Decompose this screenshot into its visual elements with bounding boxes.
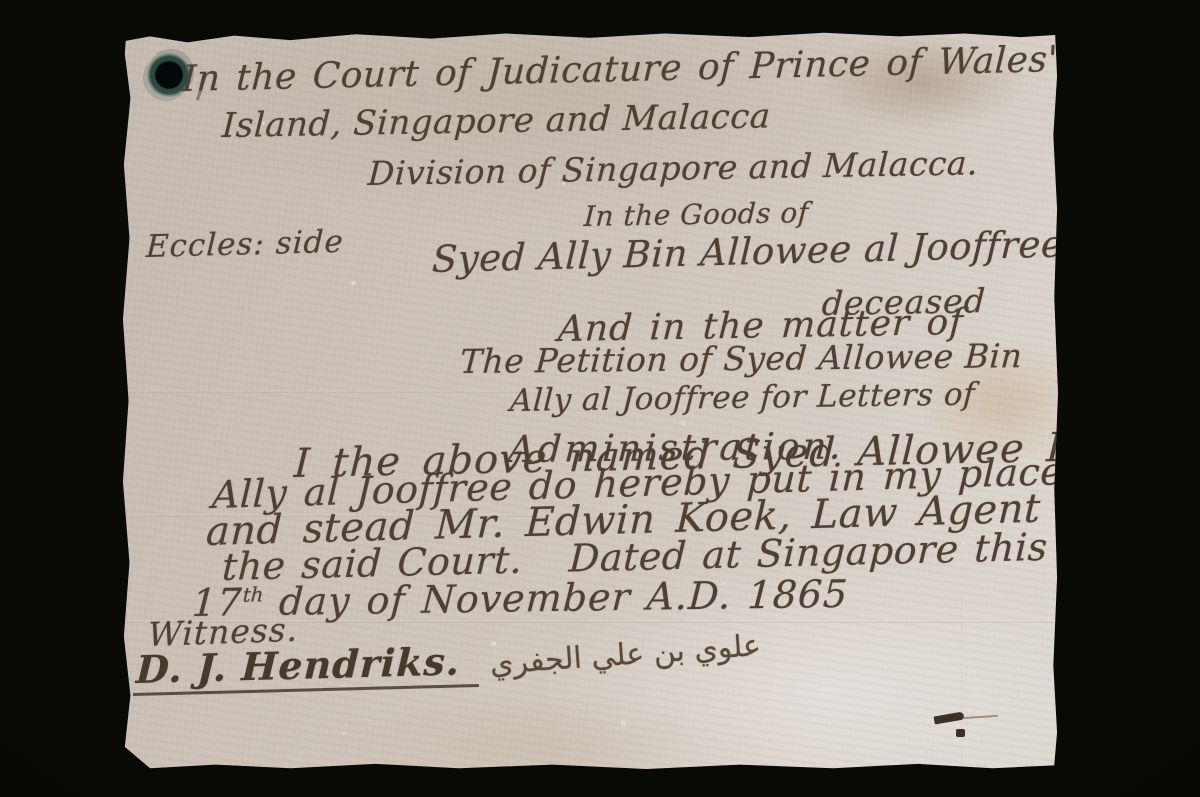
header-line-3: Division of Singapore and Malacca.: [367, 145, 979, 192]
date-ordinal: th: [242, 583, 264, 606]
header-line-2: Island, Singapore and Malacca: [221, 98, 772, 145]
crease-vertical-right: [960, 592, 962, 769]
ink-blot-dot: [956, 729, 965, 737]
deceased-name-line: Syed Ally Bin Allowee al Jooffree: [431, 225, 1064, 281]
date-rest: day of November A.D. 1865: [262, 572, 850, 624]
crease-horizontal-upper: [122, 390, 553, 393]
petition-line-2: Ally al Jooffree for Letters of: [509, 377, 976, 418]
arabic-signature: علوي بن علي الجفري: [489, 629, 762, 681]
ink-blot-dash: [934, 711, 965, 724]
in-the-goods-of-line: In the Goods of: [583, 198, 809, 233]
witness-signature: D. J. Hendriks.: [133, 640, 481, 696]
paper-document: In the Court of Judicature of Prince of …: [122, 32, 1058, 769]
petition-line-1: The Petition of Syed Allowee Bin: [459, 338, 1024, 380]
header-line-1: In the Court of Judicature of Prince of …: [181, 40, 1059, 100]
margin-note: Eccles: side: [145, 225, 344, 264]
photo-background: In the Court of Judicature of Prince of …: [0, 0, 1200, 797]
ink-blot-tail: [962, 715, 998, 720]
